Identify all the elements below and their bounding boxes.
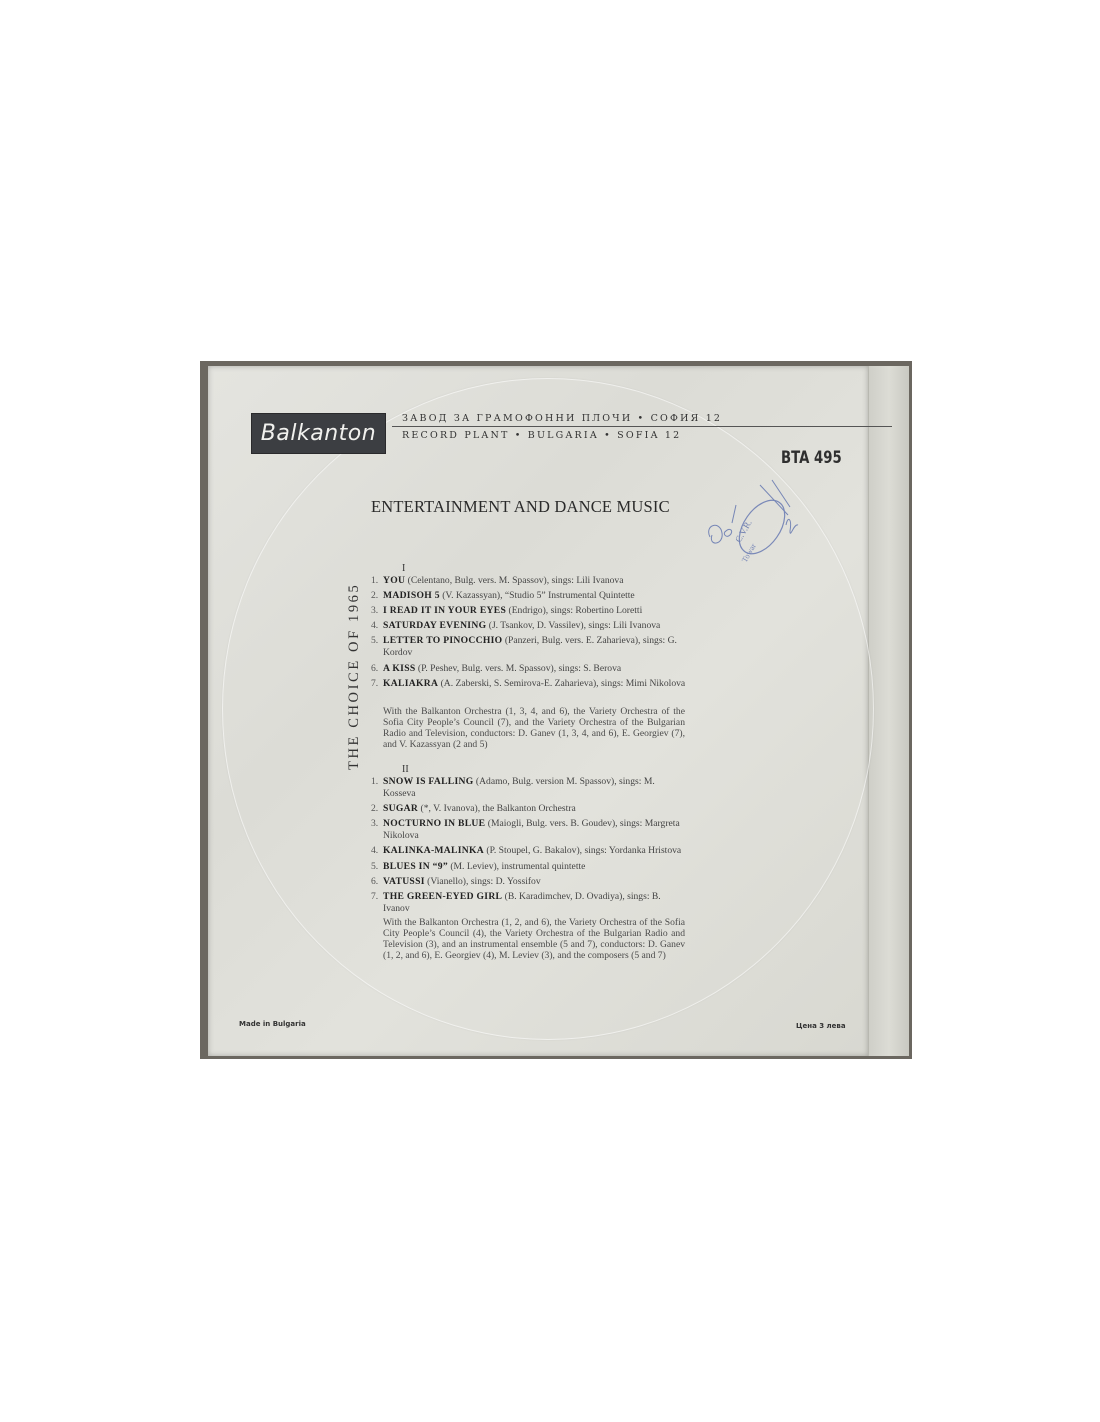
track-number: 6. — [371, 876, 378, 888]
made-in-bulgaria: Made in Bulgaria — [239, 1020, 306, 1028]
track-number: 2. — [371, 590, 378, 602]
track-item: 5.LETTER TO PINOCCHIO (Panzeri, Bulg. ve… — [371, 635, 687, 659]
side-two-tracklist: 1.SNOW IS FALLING (Adamo, Bulg. version … — [371, 776, 687, 918]
track-item: 4.SATURDAY EVENING (J. Tsankov, D. Vassi… — [371, 620, 687, 632]
track-number: 7. — [371, 891, 378, 903]
track-info: (P. Peshev, Bulg. vers. M. Spassov), sin… — [418, 663, 621, 674]
track-title: KALIAKRA — [383, 678, 438, 689]
track-title: BLUES IN “9” — [383, 861, 448, 872]
track-info: (Celentano, Bulg. vers. M. Spassov), sin… — [408, 575, 624, 586]
side-two-label: II — [402, 764, 409, 775]
track-item: 1.SNOW IS FALLING (Adamo, Bulg. version … — [371, 776, 687, 800]
track-title: YOU — [383, 575, 405, 586]
track-number: 6. — [371, 663, 378, 675]
header-english: RECORD PLANT • BULGARIA • SOFIA 12 — [402, 430, 681, 441]
track-info: (Vianello), sings: D. Yossifov — [427, 876, 541, 887]
track-title: THE GREEN-EYED GIRL — [383, 891, 502, 902]
track-item: 2.MADISOH 5 (V. Kazassyan), “Studio 5” I… — [371, 590, 687, 602]
series-title-vertical: THE CHOICE OF 1965 — [346, 583, 363, 770]
track-title: SNOW IS FALLING — [383, 776, 474, 787]
track-item: 3.NOCTURNO IN BLUE (Maiogli, Bulg. vers.… — [371, 818, 687, 842]
track-info: (J. Tsankov, D. Vassilev), sings: Lili I… — [489, 620, 661, 631]
header-bulgarian: ЗАВОД ЗА ГРАМОФОННИ ПЛОЧИ • СОФИЯ 12 — [402, 413, 722, 424]
logo-text: Balkanton — [261, 421, 376, 446]
track-title: KALINKA-MALINKA — [383, 845, 484, 856]
track-number: 4. — [371, 845, 378, 857]
track-number: 5. — [371, 861, 378, 873]
balkanton-logo: Balkanton — [251, 413, 386, 454]
track-title: SUGAR — [383, 803, 418, 814]
album-title: ENTERTAINMENT AND DANCE MUSIC — [371, 497, 670, 517]
ink-stamp-signature: C.V.R. Towar — [700, 465, 820, 585]
track-number: 3. — [371, 818, 378, 830]
price-label: Цена 3 лева — [796, 1022, 846, 1030]
track-item: 7.KALIAKRA (A. Zaberski, S. Semirova-E. … — [371, 678, 687, 690]
track-title: I READ IT IN YOUR EYES — [383, 605, 506, 616]
track-number: 5. — [371, 635, 378, 647]
side-one-credits: With the Balkanton Orchestra (1, 3, 4, a… — [383, 706, 685, 750]
stamp-text: C.V.R. — [733, 518, 754, 544]
track-item: 5.BLUES IN “9” (M. Leviev), instrumental… — [371, 861, 687, 873]
sleeve-spine-edge — [868, 366, 909, 1056]
track-title: NOCTURNO IN BLUE — [383, 818, 485, 829]
track-number: 1. — [371, 776, 378, 788]
track-item: 6.VATUSSI (Vianello), sings: D. Yossifov — [371, 876, 687, 888]
track-info: (V. Kazassyan), “Studio 5” Instrumental … — [442, 590, 634, 601]
track-info: (Endrigo), sings: Robertino Loretti — [509, 605, 643, 616]
track-item: 6.A KISS (P. Peshev, Bulg. vers. M. Spas… — [371, 663, 687, 675]
track-title: A KISS — [383, 663, 415, 674]
track-item: 7.THE GREEN-EYED GIRL (B. Karadimchev, D… — [371, 891, 687, 915]
track-item: 3.I READ IT IN YOUR EYES (Endrigo), sing… — [371, 605, 687, 617]
track-number: 3. — [371, 605, 378, 617]
track-item: 2.SUGAR (*, V. Ivanova), the Balkanton O… — [371, 803, 687, 815]
track-title: VATUSSI — [383, 876, 425, 887]
side-one-tracklist: 1.YOU (Celentano, Bulg. vers. M. Spassov… — [371, 575, 687, 693]
track-number: 7. — [371, 678, 378, 690]
track-number: 2. — [371, 803, 378, 815]
track-info: (M. Leviev), instrumental quintette — [450, 861, 585, 872]
track-info: (*, V. Ivanova), the Balkanton Orchestra — [421, 803, 576, 814]
track-number: 1. — [371, 575, 378, 587]
track-item: 4.KALINKA-MALINKA (P. Stoupel, G. Bakalo… — [371, 845, 687, 857]
track-title: LETTER TO PINOCCHIO — [383, 635, 502, 646]
header-divider — [392, 426, 892, 427]
track-title: MADISOH 5 — [383, 590, 440, 601]
track-info: (P. Stoupel, G. Bakalov), sings: Yordank… — [486, 845, 681, 856]
track-item: 1.YOU (Celentano, Bulg. vers. M. Spassov… — [371, 575, 687, 587]
side-two-credits: With the Balkanton Orchestra (1, 2, and … — [383, 917, 685, 961]
track-info: (A. Zaberski, S. Semirova-E. Zaharieva),… — [441, 678, 686, 689]
track-number: 4. — [371, 620, 378, 632]
track-title: SATURDAY EVENING — [383, 620, 486, 631]
side-one-label: I — [402, 563, 405, 574]
